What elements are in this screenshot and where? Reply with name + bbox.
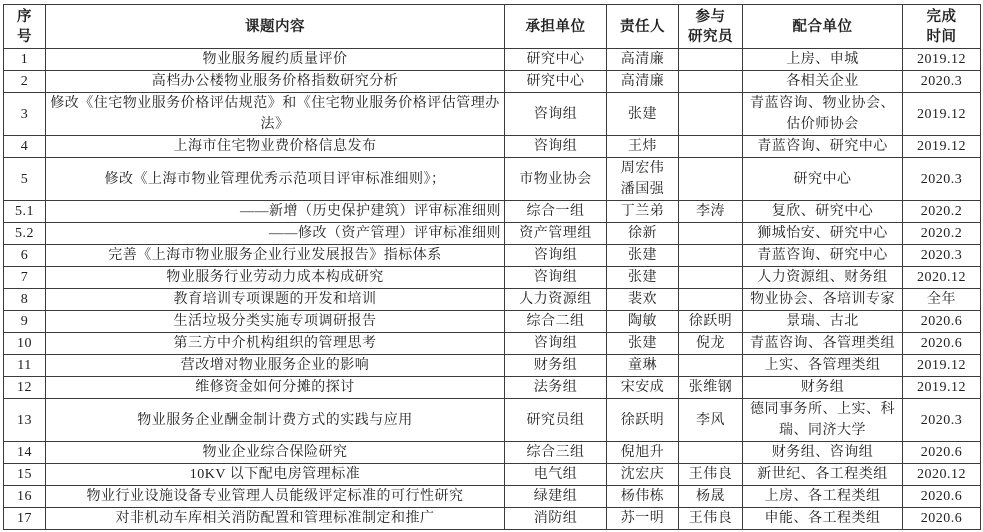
column-header-unit: 承担单位 xyxy=(505,5,607,49)
cell-partner: 财务组 xyxy=(743,377,903,399)
cell-content: ——新增（历史保护建筑）评审标准细则 xyxy=(46,201,505,223)
cell-researcher xyxy=(679,93,743,136)
cell-time: 2019.12 xyxy=(903,355,981,377)
cell-time: 2020.2 xyxy=(903,223,981,245)
cell-person: 张建 xyxy=(607,333,679,355)
table-row: 5修改《上海市物业管理优秀示范项目评审标准细则》；市物业协会周宏伟 潘国强研究中… xyxy=(4,158,981,201)
cell-researcher xyxy=(679,245,743,267)
cell-partner: 青蓝咨询、各管理类组 xyxy=(743,333,903,355)
cell-researcher xyxy=(679,223,743,245)
cell-num: 2 xyxy=(4,71,46,93)
table-row: 5.2——修改（资产管理）评审标准细则资产管理组徐新狮城怡安、研究中心2020.… xyxy=(4,223,981,245)
research-topics-table: 序 号 课题内容 承担单位 责任人 参与 研究员 配合单位 完成 时间 1物业服… xyxy=(3,4,981,530)
cell-time: 2019.12 xyxy=(903,377,981,399)
cell-unit: 综合三组 xyxy=(505,442,607,464)
cell-time: 2020.6 xyxy=(903,442,981,464)
cell-unit: 咨询组 xyxy=(505,136,607,158)
column-header-number: 序 号 xyxy=(4,5,46,49)
cell-person: 陶敏 xyxy=(607,311,679,333)
cell-unit: 研究中心 xyxy=(505,49,607,71)
cell-time: 2019.12 xyxy=(903,136,981,158)
cell-time: 2020.6 xyxy=(903,333,981,355)
cell-partner: 人力资源组、财务组 xyxy=(743,267,903,289)
cell-unit: 资产管理组 xyxy=(505,223,607,245)
cell-person: 张建 xyxy=(607,93,679,136)
table-row: 12维修资金如何分摊的探讨法务组宋安成张维钢财务组2019.12 xyxy=(4,377,981,399)
cell-num: 15 xyxy=(4,464,46,486)
cell-researcher: 王伟良 xyxy=(679,464,743,486)
cell-partner: 上房、各工程类组 xyxy=(743,486,903,508)
cell-num: 5.2 xyxy=(4,223,46,245)
cell-content: ——修改（资产管理）评审标准细则 xyxy=(46,223,505,245)
cell-researcher: 倪龙 xyxy=(679,333,743,355)
cell-time: 2020.6 xyxy=(903,311,981,333)
column-header-time: 完成 时间 xyxy=(903,5,981,49)
cell-researcher xyxy=(679,355,743,377)
cell-researcher xyxy=(679,71,743,93)
cell-person: 高清廉 xyxy=(607,71,679,93)
cell-content: 第三方中介机构组织的管理思考 xyxy=(46,333,505,355)
cell-time: 2020.6 xyxy=(903,508,981,530)
cell-content: 对非机动车库相关消防配置和管理标准制定和推广 xyxy=(46,508,505,530)
cell-num: 14 xyxy=(4,442,46,464)
cell-person: 杨伟栋 xyxy=(607,486,679,508)
cell-researcher xyxy=(679,49,743,71)
cell-person: 宋安成 xyxy=(607,377,679,399)
column-header-content: 课题内容 xyxy=(46,5,505,49)
table-row: 5.1——新增（历史保护建筑）评审标准细则综合一组丁兰弟李涛复欣、研究中心202… xyxy=(4,201,981,223)
cell-partner: 青蓝咨询、物业协会、估价师协会 xyxy=(743,93,903,136)
cell-person: 周宏伟 潘国强 xyxy=(607,158,679,201)
cell-time: 2020.12 xyxy=(903,464,981,486)
cell-researcher: 王伟良 xyxy=(679,508,743,530)
cell-unit: 咨询组 xyxy=(505,267,607,289)
cell-partner: 申能、各工程类组 xyxy=(743,508,903,530)
cell-content: 修改《上海市物业管理优秀示范项目评审标准细则》； xyxy=(46,158,505,201)
cell-unit: 咨询组 xyxy=(505,333,607,355)
cell-time: 2019.12 xyxy=(903,93,981,136)
cell-time: 2020.6 xyxy=(903,486,981,508)
cell-content: 营改增对物业服务企业的影响 xyxy=(46,355,505,377)
cell-researcher xyxy=(679,267,743,289)
cell-num: 17 xyxy=(4,508,46,530)
cell-time: 2020.12 xyxy=(903,267,981,289)
cell-partner: 研究中心 xyxy=(743,158,903,201)
table-row: 17对非机动车库相关消防配置和管理标准制定和推广消防组苏一明王伟良申能、各工程类… xyxy=(4,508,981,530)
table-row: 4上海市住宅物业费价格信息发布咨询组王炜青蓝咨询、研究中心2019.12 xyxy=(4,136,981,158)
table-row: 8教育培训专项课题的开发和培训人力资源组裴欢物业协会、各培训专家全年 xyxy=(4,289,981,311)
table-row: 14物业企业综合保险研究综合三组倪旭升财务组、咨询组2020.6 xyxy=(4,442,981,464)
cell-person: 丁兰弟 xyxy=(607,201,679,223)
cell-num: 13 xyxy=(4,399,46,442)
cell-person: 张建 xyxy=(607,267,679,289)
cell-content: 高档办公楼物业服务价格指数研究分析 xyxy=(46,71,505,93)
cell-unit: 电气组 xyxy=(505,464,607,486)
cell-partner: 青蓝咨询、研究中心 xyxy=(743,136,903,158)
cell-num: 6 xyxy=(4,245,46,267)
cell-researcher: 杨晟 xyxy=(679,486,743,508)
cell-partner: 财务组、咨询组 xyxy=(743,442,903,464)
cell-unit: 消防组 xyxy=(505,508,607,530)
table-row: 9生活垃圾分类实施专项调研报告综合二组陶敏徐跃明景瑞、古北2020.6 xyxy=(4,311,981,333)
cell-time: 2019.12 xyxy=(903,49,981,71)
cell-num: 8 xyxy=(4,289,46,311)
table-row: 1物业服务履约质量评价研究中心高清廉上房、申城2019.12 xyxy=(4,49,981,71)
cell-content: 10KV 以下配电房管理标准 xyxy=(46,464,505,486)
cell-unit: 财务组 xyxy=(505,355,607,377)
table-row: 6完善《上海市物业服务企业行业发展报告》指标体系咨询组张建青蓝咨询、研究中心20… xyxy=(4,245,981,267)
cell-researcher xyxy=(679,442,743,464)
cell-content: 物业服务行业劳动力成本构成研究 xyxy=(46,267,505,289)
column-header-partner: 配合单位 xyxy=(743,5,903,49)
document-page: 序 号 课题内容 承担单位 责任人 参与 研究员 配合单位 完成 时间 1物业服… xyxy=(0,0,983,532)
cell-partner: 各相关企业 xyxy=(743,71,903,93)
cell-unit: 咨询组 xyxy=(505,245,607,267)
cell-researcher xyxy=(679,158,743,201)
cell-content: 维修资金如何分摊的探讨 xyxy=(46,377,505,399)
cell-num: 10 xyxy=(4,333,46,355)
cell-unit: 法务组 xyxy=(505,377,607,399)
cell-num: 5.1 xyxy=(4,201,46,223)
cell-time: 2020.3 xyxy=(903,245,981,267)
cell-unit: 咨询组 xyxy=(505,93,607,136)
cell-unit: 绿建组 xyxy=(505,486,607,508)
cell-num: 4 xyxy=(4,136,46,158)
cell-person: 徐跃明 xyxy=(607,399,679,442)
cell-content: 教育培训专项课题的开发和培训 xyxy=(46,289,505,311)
cell-partner: 物业协会、各培训专家 xyxy=(743,289,903,311)
cell-researcher xyxy=(679,136,743,158)
cell-num: 1 xyxy=(4,49,46,71)
cell-person: 沈宏庆 xyxy=(607,464,679,486)
cell-content: 生活垃圾分类实施专项调研报告 xyxy=(46,311,505,333)
cell-unit: 市物业协会 xyxy=(505,158,607,201)
table-row: 3修改《住宅物业服务价格评估规范》和《住宅物业服务价格评估管理办法》咨询组张建青… xyxy=(4,93,981,136)
table-row: 1510KV 以下配电房管理标准电气组沈宏庆王伟良新世纪、各工程类组2020.1… xyxy=(4,464,981,486)
table-row: 7物业服务行业劳动力成本构成研究咨询组张建人力资源组、财务组2020.12 xyxy=(4,267,981,289)
cell-time: 2020.3 xyxy=(903,158,981,201)
cell-person: 苏一明 xyxy=(607,508,679,530)
cell-person: 张建 xyxy=(607,245,679,267)
cell-num: 12 xyxy=(4,377,46,399)
cell-unit: 研究中心 xyxy=(505,71,607,93)
cell-partner: 狮城怡安、研究中心 xyxy=(743,223,903,245)
cell-researcher xyxy=(679,289,743,311)
cell-content: 物业服务履约质量评价 xyxy=(46,49,505,71)
cell-num: 5 xyxy=(4,158,46,201)
cell-person: 王炜 xyxy=(607,136,679,158)
cell-partner: 新世纪、各工程类组 xyxy=(743,464,903,486)
cell-unit: 综合二组 xyxy=(505,311,607,333)
cell-partner: 青蓝咨询、研究中心 xyxy=(743,245,903,267)
cell-time: 2020.3 xyxy=(903,399,981,442)
table-row: 13物业服务企业酬金制计费方式的实践与应用研究员组徐跃明李风德同事务所、上实、科… xyxy=(4,399,981,442)
cell-partner: 复欣、研究中心 xyxy=(743,201,903,223)
column-header-researcher: 参与 研究员 xyxy=(679,5,743,49)
table-row: 16物业行业设施设备专业管理人员能级评定标准的可行性研究绿建组杨伟栋杨晟上房、各… xyxy=(4,486,981,508)
cell-content: 上海市住宅物业费价格信息发布 xyxy=(46,136,505,158)
cell-person: 徐新 xyxy=(607,223,679,245)
cell-partner: 上实、各管理类组 xyxy=(743,355,903,377)
header-row: 序 号 课题内容 承担单位 责任人 参与 研究员 配合单位 完成 时间 xyxy=(4,5,981,49)
cell-content: 完善《上海市物业服务企业行业发展报告》指标体系 xyxy=(46,245,505,267)
cell-content: 修改《住宅物业服务价格评估规范》和《住宅物业服务价格评估管理办法》 xyxy=(46,93,505,136)
cell-num: 11 xyxy=(4,355,46,377)
cell-time: 2020.2 xyxy=(903,201,981,223)
cell-time: 2020.3 xyxy=(903,71,981,93)
cell-researcher: 李涛 xyxy=(679,201,743,223)
table-row: 2高档办公楼物业服务价格指数研究分析研究中心高清廉各相关企业2020.3 xyxy=(4,71,981,93)
cell-unit: 研究员组 xyxy=(505,399,607,442)
cell-researcher: 徐跃明 xyxy=(679,311,743,333)
cell-person: 童琳 xyxy=(607,355,679,377)
cell-person: 裴欢 xyxy=(607,289,679,311)
cell-content: 物业企业综合保险研究 xyxy=(46,442,505,464)
cell-content: 物业服务企业酬金制计费方式的实践与应用 xyxy=(46,399,505,442)
cell-researcher: 李风 xyxy=(679,399,743,442)
cell-person: 高清廉 xyxy=(607,49,679,71)
cell-partner: 上房、申城 xyxy=(743,49,903,71)
cell-num: 7 xyxy=(4,267,46,289)
table-row: 10第三方中介机构组织的管理思考咨询组张建倪龙青蓝咨询、各管理类组2020.6 xyxy=(4,333,981,355)
cell-unit: 人力资源组 xyxy=(505,289,607,311)
cell-researcher: 张维钢 xyxy=(679,377,743,399)
cell-partner: 景瑞、古北 xyxy=(743,311,903,333)
cell-partner: 德同事务所、上实、科瑞、同济大学 xyxy=(743,399,903,442)
cell-person: 倪旭升 xyxy=(607,442,679,464)
cell-unit: 综合一组 xyxy=(505,201,607,223)
cell-num: 16 xyxy=(4,486,46,508)
column-header-person: 责任人 xyxy=(607,5,679,49)
cell-num: 9 xyxy=(4,311,46,333)
cell-content: 物业行业设施设备专业管理人员能级评定标准的可行性研究 xyxy=(46,486,505,508)
cell-num: 3 xyxy=(4,93,46,136)
table-row: 11营改增对物业服务企业的影响财务组童琳上实、各管理类组2019.12 xyxy=(4,355,981,377)
cell-time: 全年 xyxy=(903,289,981,311)
table-body: 1物业服务履约质量评价研究中心高清廉上房、申城2019.122高档办公楼物业服务… xyxy=(4,49,981,530)
